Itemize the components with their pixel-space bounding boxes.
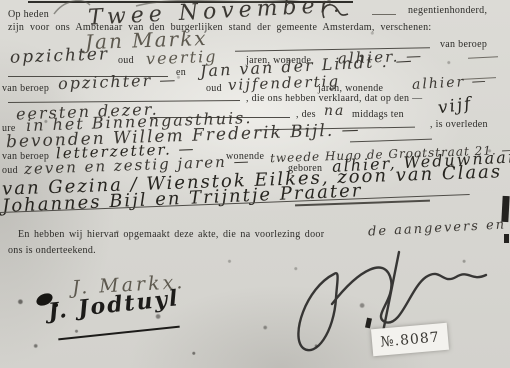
printed-oud-3: oud: [2, 166, 18, 177]
dash-rule: [372, 14, 396, 15]
printed-closing-a: En hebben wij hiervan opgemaakt deze akt…: [18, 230, 324, 241]
handwritten-declarant2-occupation: opzichter —: [58, 72, 178, 93]
form-rule: [350, 139, 432, 143]
signature-declarant2: J. Jodtuyl: [47, 287, 180, 324]
printed-van-beroep-1: van beroep: [440, 40, 487, 51]
handwritten-declarant1-occupation: opzichter: [10, 46, 110, 67]
printed-oud-2: oud: [206, 84, 222, 95]
printed-op-heden: Op heden: [8, 10, 49, 21]
printed-ambtenaar-regel: zijn voor ons Ambtenaar van den burgerli…: [8, 23, 432, 34]
dash-rule: [468, 56, 498, 59]
signature-underline: [58, 326, 180, 341]
pen-flourish: [318, 2, 358, 22]
printed-van-beroep-2: van beroep: [2, 84, 49, 95]
handwritten-aangevers: de aangevers en: [368, 218, 507, 239]
death-certificate-scan: Op heden Twee November. negentienhonderd…: [0, 0, 510, 368]
edge-mark: [501, 196, 509, 222]
act-number: №.8087: [380, 329, 440, 350]
printed-year: negentienhonderd,: [408, 6, 487, 17]
printed-closing-b: ons is onderteekend.: [8, 246, 96, 257]
printed-oud-1: oud: [118, 56, 134, 67]
printed-is-overleden: , is overleden: [430, 120, 488, 131]
printed-en: en: [176, 68, 186, 79]
handwritten-declarant2-residence: alhier —: [412, 74, 488, 93]
ink-dot: [54, 303, 58, 307]
handwritten-na: na: [324, 104, 345, 119]
edge-mark: [504, 234, 509, 243]
printed-des: , des: [296, 110, 316, 121]
handwritten-hour: vijf: [437, 96, 474, 118]
